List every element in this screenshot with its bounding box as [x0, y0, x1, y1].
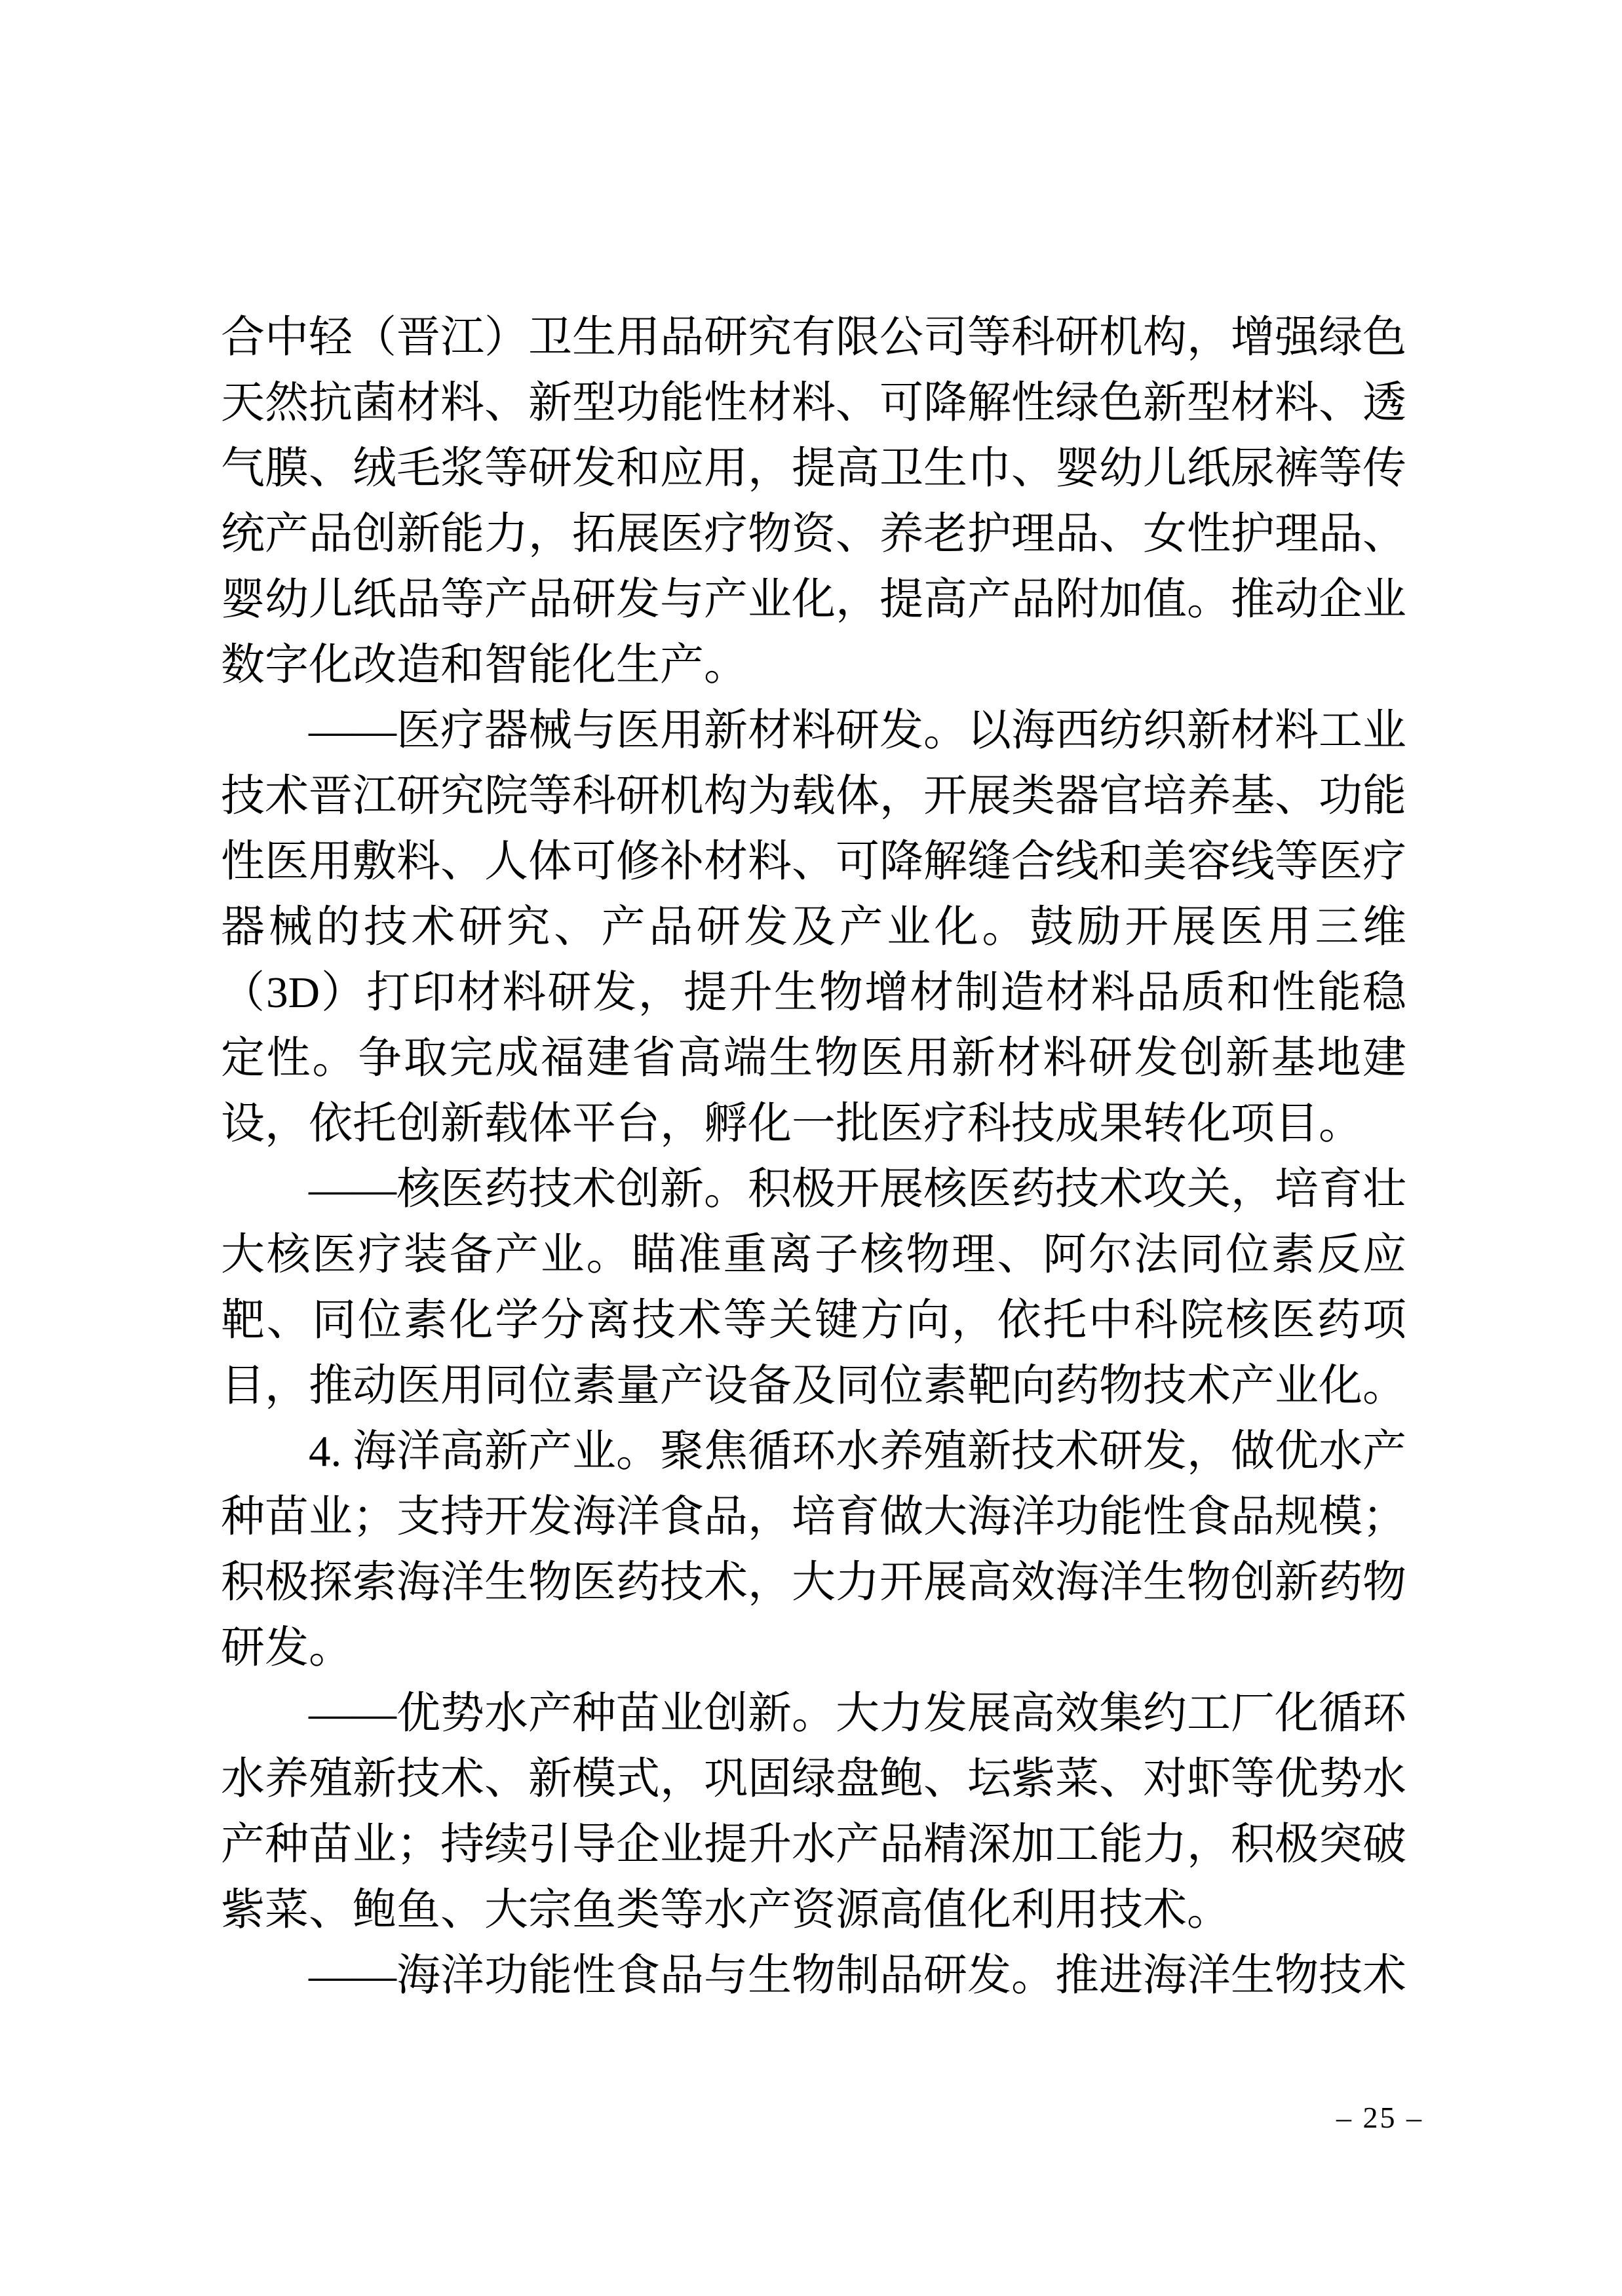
- paragraph-nuclear-medicine-innovation: ——核医药技术创新。积极开展核医药技术攻关，培育壮大核医疗装备产业。瞄准重离子核…: [221, 1157, 1406, 1419]
- paragraph-sanitary-products-continuation: 合中轻（晋江）卫生用品研究有限公司等科研机构，增强绿色天然抗菌材料、新型功能性材…: [221, 305, 1406, 698]
- document-body-text: 合中轻（晋江）卫生用品研究有限公司等科研机构，增强绿色天然抗菌材料、新型功能性材…: [221, 305, 1406, 2008]
- paragraph-marine-functional-food: ——海洋功能性食品与生物制品研发。推进海洋生物技术: [221, 1943, 1406, 2008]
- paragraph-medical-devices-new-materials: ——医疗器械与医用新材料研发。以海西纺织新材料工业技术晋江研究院等科研机构为载体…: [221, 698, 1406, 1157]
- paragraph-marine-hightech-industry: 4. 海洋高新产业。聚焦循环水养殖新技术研发，做优水产种苗业；支持开发海洋食品，…: [221, 1419, 1406, 1681]
- page-number: – 25 –: [1336, 2101, 1423, 2135]
- document-page: 合中轻（晋江）卫生用品研究有限公司等科研机构，增强绿色天然抗菌材料、新型功能性材…: [0, 0, 1622, 2296]
- paragraph-aquatic-seed-industry-innovation: ——优势水产种苗业创新。大力发展高效集约工厂化循环水养殖新技术、新模式，巩固绿盘…: [221, 1681, 1406, 1943]
